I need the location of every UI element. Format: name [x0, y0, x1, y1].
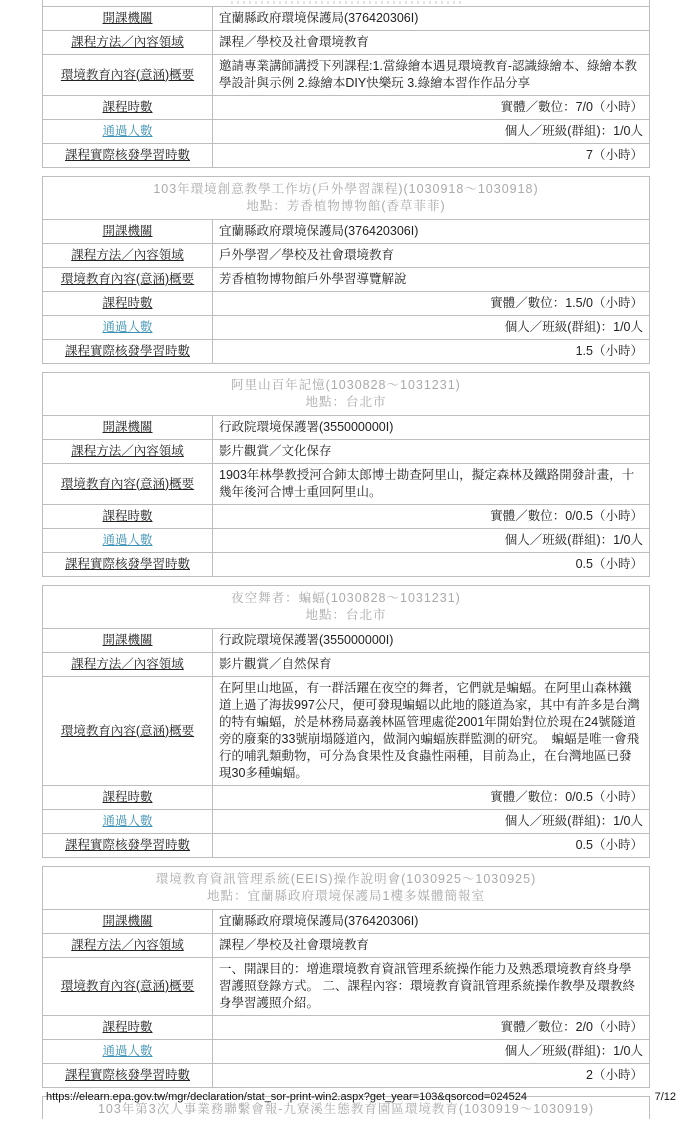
hours-value: 實體／數位：7/0（小時）	[213, 96, 649, 119]
course-table-3: 阿里山百年記憶(1030828～1031231) 地點：台北市 開課機關 行政院…	[42, 372, 650, 577]
clipped-title-marks	[231, 1, 461, 4]
field-label-summary: 環境教育內容(意涵)概要	[61, 476, 194, 493]
agency-value: 行政院環境保護署(355000000I)	[213, 416, 649, 439]
table-row-agency: 開課機關 宜蘭縣政府環境保護局(376420306I)	[43, 220, 649, 244]
field-label-summary: 環境教育內容(意涵)概要	[61, 978, 194, 995]
awarded-value: 1.5（小時）	[213, 340, 649, 363]
field-label-awarded: 課程實際核發學習時數	[65, 343, 190, 360]
method-value: 影片觀賞／文化保存	[213, 440, 649, 463]
table-row-awarded: 課程實際核發學習時數 2（小時）	[43, 1064, 649, 1087]
passed-value: 個人／班級(群組)：1/0人	[213, 1040, 649, 1063]
field-label-awarded: 課程實際核發學習時數	[65, 837, 190, 854]
footer-url: https://elearn.epa.gov.tw/mgr/declaratio…	[46, 1091, 527, 1104]
table-row-passed: 通過人數 個人／班級(群組)：1/0人	[43, 120, 649, 144]
course-location: 地點：台北市	[53, 607, 639, 624]
course-title: 環境教育資訊管理系統(EEIS)操作說明會(1030925～1030925)	[53, 871, 639, 888]
method-value: 影片觀賞／自然保育	[213, 653, 649, 676]
field-label-hours: 課程時數	[102, 99, 152, 116]
course-title-row: 環境教育資訊管理系統(EEIS)操作說明會(1030925～1030925) 地…	[43, 867, 649, 910]
passed-value: 個人／班級(群組)：1/0人	[213, 810, 649, 833]
passed-value: 個人／班級(群組)：1/0人	[213, 529, 649, 552]
table-row-hours: 課程時數 實體／數位：7/0（小時）	[43, 96, 649, 120]
table-row-method: 課程方法／內容領域 影片觀賞／自然保育	[43, 653, 649, 677]
table-row-hours: 課程時數 實體／數位：0/0.5（小時）	[43, 786, 649, 810]
table-row-hours: 課程時數 實體／數位：2/0（小時）	[43, 1016, 649, 1040]
table-row-summary: 環境教育內容(意涵)概要 在阿里山地區，有一群活躍在夜空的舞者，它們就是蝙蝠。在…	[43, 677, 649, 786]
method-value: 課程／學校及社會環境教育	[213, 934, 649, 957]
course-table-2: 103年環境創意教學工作坊(戶外學習課程)(1030918～1030918) 地…	[42, 176, 650, 364]
field-label-method: 課程方法／內容領域	[71, 247, 184, 264]
summary-value: 在阿里山地區，有一群活躍在夜空的舞者，它們就是蝙蝠。在阿里山森林鐵道上過了海拔9…	[213, 677, 649, 785]
passed-count-link[interactable]: 通過人數	[102, 123, 152, 140]
method-value: 戶外學習／學校及社會環境教育	[213, 244, 649, 267]
course-location: 地點：台北市	[53, 394, 639, 411]
agency-value: 宜蘭縣政府環境保護局(376420306I)	[213, 220, 649, 243]
passed-count-link[interactable]: 通過人數	[102, 1043, 152, 1060]
course-table-list: 開課機關 宜蘭縣政府環境保護局(376420306I) 課程方法／內容領域 課程…	[42, 0, 650, 1119]
table-row-agency: 開課機關 宜蘭縣政府環境保護局(376420306I)	[43, 7, 649, 31]
course-table-4: 夜空舞者：蝙蝠(1030828～1031231) 地點：台北市 開課機關 行政院…	[42, 585, 650, 858]
method-value: 課程／學校及社會環境教育	[213, 31, 649, 54]
table-row-passed: 通過人數 個人／班級(群組)：1/0人	[43, 529, 649, 553]
field-label-agency: 開課機關	[102, 223, 152, 240]
footer-page-indicator: 7/12	[655, 1091, 676, 1104]
summary-value: 一、開課目的：增進環境教育資訊管理系統操作能力及熟悉環境教育終身學習護照登錄方式…	[213, 958, 649, 1015]
course-title: 103年環境創意教學工作坊(戶外學習課程)(1030918～1030918)	[53, 181, 639, 198]
table-row-summary: 環境教育內容(意涵)概要 一、開課目的：增進環境教育資訊管理系統操作能力及熟悉環…	[43, 958, 649, 1016]
field-label-agency: 開課機關	[102, 632, 152, 649]
table-row-hours: 課程時數 實體／數位：0/0.5（小時）	[43, 505, 649, 529]
hours-value: 實體／數位：0/0.5（小時）	[213, 505, 649, 528]
table-row-summary: 環境教育內容(意涵)概要 邀請專業講師講授下列課程:1.當綠繪本遇見環境教育-認…	[43, 55, 649, 96]
summary-value: 邀請專業講師講授下列課程:1.當綠繪本遇見環境教育-認識綠繪本、綠繪本教學設計與…	[213, 55, 649, 95]
table-row-agency: 開課機關 行政院環境保護署(355000000I)	[43, 416, 649, 440]
hours-value: 實體／數位：1.5/0（小時）	[213, 292, 649, 315]
table-row-awarded: 課程實際核發學習時數 0.5（小時）	[43, 553, 649, 576]
field-label-agency: 開課機關	[102, 10, 152, 27]
passed-count-link[interactable]: 通過人數	[102, 319, 152, 336]
table-row-method: 課程方法／內容領域 戶外學習／學校及社會環境教育	[43, 244, 649, 268]
table-row-summary: 環境教育內容(意涵)概要 芳香植物博物館戶外學習導覽解說	[43, 268, 649, 292]
field-label-method: 課程方法／內容領域	[71, 34, 184, 51]
table-row-awarded: 課程實際核發學習時數 0.5（小時）	[43, 834, 649, 857]
passed-count-link[interactable]: 通過人數	[102, 532, 152, 549]
field-label-summary: 環境教育內容(意涵)概要	[61, 67, 194, 84]
print-footer: https://elearn.epa.gov.tw/mgr/declaratio…	[46, 1091, 676, 1104]
field-label-awarded: 課程實際核發學習時數	[65, 1067, 190, 1084]
table-row-method: 課程方法／內容領域 課程／學校及社會環境教育	[43, 934, 649, 958]
field-label-method: 課程方法／內容領域	[71, 443, 184, 460]
passed-value: 個人／班級(群組)：1/0人	[213, 120, 649, 143]
agency-value: 行政院環境保護署(355000000I)	[213, 629, 649, 652]
table-row-agency: 開課機關 宜蘭縣政府環境保護局(376420306I)	[43, 910, 649, 934]
hours-value: 實體／數位：2/0（小時）	[213, 1016, 649, 1039]
field-label-method: 課程方法／內容領域	[71, 656, 184, 673]
table-row-passed: 通過人數 個人／班級(群組)：1/0人	[43, 810, 649, 834]
clipped-title-fragment	[43, 0, 649, 7]
course-location: 地點：芳香植物博物館(香草菲菲)	[53, 198, 639, 215]
field-label-hours: 課程時數	[102, 789, 152, 806]
table-row-agency: 開課機關 行政院環境保護署(355000000I)	[43, 629, 649, 653]
course-location: 地點：宜蘭縣政府環境保護局1樓多媒體簡報室	[53, 888, 639, 905]
field-label-summary: 環境教育內容(意涵)概要	[61, 723, 194, 740]
awarded-value: 2（小時）	[213, 1064, 649, 1087]
field-label-hours: 課程時數	[102, 508, 152, 525]
awarded-value: 0.5（小時）	[213, 834, 649, 857]
hours-value: 實體／數位：0/0.5（小時）	[213, 786, 649, 809]
table-row-summary: 環境教育內容(意涵)概要 1903年林學教授河合鈰太郎博士勘查阿里山，擬定森林及…	[43, 464, 649, 505]
table-row-hours: 課程時數 實體／數位：1.5/0（小時）	[43, 292, 649, 316]
awarded-value: 0.5（小時）	[213, 553, 649, 576]
course-table-1: 開課機關 宜蘭縣政府環境保護局(376420306I) 課程方法／內容領域 課程…	[42, 0, 650, 168]
table-row-awarded: 課程實際核發學習時數 7（小時）	[43, 144, 649, 167]
awarded-value: 7（小時）	[213, 144, 649, 167]
summary-value: 芳香植物博物館戶外學習導覽解說	[213, 268, 649, 291]
field-label-agency: 開課機關	[102, 913, 152, 930]
table-row-awarded: 課程實際核發學習時數 1.5（小時）	[43, 340, 649, 363]
field-label-agency: 開課機關	[102, 419, 152, 436]
course-title: 夜空舞者：蝙蝠(1030828～1031231)	[53, 590, 639, 607]
course-title-row: 阿里山百年記憶(1030828～1031231) 地點：台北市	[43, 373, 649, 416]
course-table-5: 環境教育資訊管理系統(EEIS)操作說明會(1030925～1030925) 地…	[42, 866, 650, 1088]
field-label-hours: 課程時數	[102, 295, 152, 312]
table-row-method: 課程方法／內容領域 課程／學校及社會環境教育	[43, 31, 649, 55]
agency-value: 宜蘭縣政府環境保護局(376420306I)	[213, 910, 649, 933]
course-title: 阿里山百年記憶(1030828～1031231)	[53, 377, 639, 394]
table-row-passed: 通過人數 個人／班級(群組)：1/0人	[43, 316, 649, 340]
field-label-awarded: 課程實際核發學習時數	[65, 147, 190, 164]
passed-value: 個人／班級(群組)：1/0人	[213, 316, 649, 339]
summary-value: 1903年林學教授河合鈰太郎博士勘查阿里山，擬定森林及鐵路開發計畫，十幾年後河合…	[213, 464, 649, 504]
field-label-hours: 課程時數	[102, 1019, 152, 1036]
passed-count-link[interactable]: 通過人數	[102, 813, 152, 830]
course-title-row: 103年環境創意教學工作坊(戶外學習課程)(1030918～1030918) 地…	[43, 177, 649, 220]
table-row-method: 課程方法／內容領域 影片觀賞／文化保存	[43, 440, 649, 464]
field-label-awarded: 課程實際核發學習時數	[65, 556, 190, 573]
field-label-method: 課程方法／內容領域	[71, 937, 184, 954]
course-title-row: 夜空舞者：蝙蝠(1030828～1031231) 地點：台北市	[43, 586, 649, 629]
field-label-summary: 環境教育內容(意涵)概要	[61, 271, 194, 288]
table-row-passed: 通過人數 個人／班級(群組)：1/0人	[43, 1040, 649, 1064]
agency-value: 宜蘭縣政府環境保護局(376420306I)	[213, 7, 649, 30]
